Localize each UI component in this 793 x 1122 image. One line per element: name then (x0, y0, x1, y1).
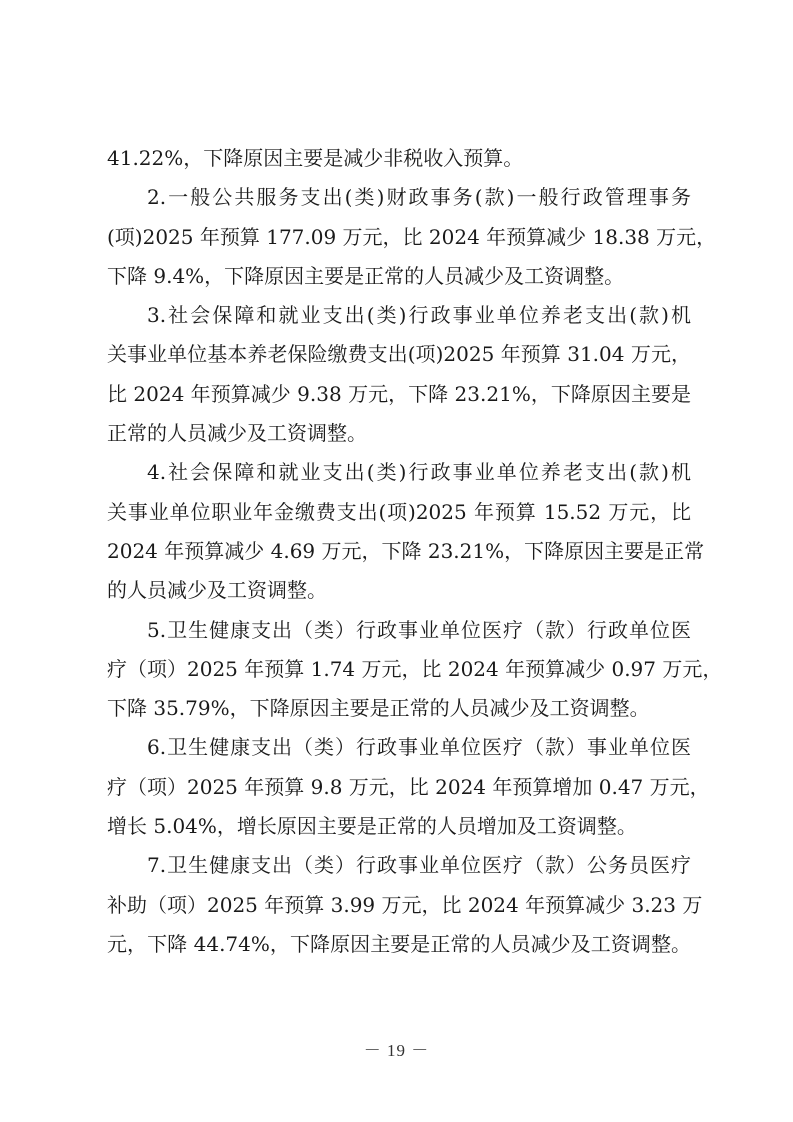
text-line: 疗（项）2025 年预算 1.74 万元，比 2024 年预算减少 0.97 万… (107, 654, 691, 693)
text-line: 5.卫生健康支出（类）行政事业单位医疗（款）行政单位医 (107, 615, 691, 654)
text-line: 的人员减少及工资调整。 (107, 575, 691, 614)
text-line: 6.卫生健康支出（类）行政事业单位医疗（款）事业单位医 (107, 732, 691, 771)
paragraph-item-5: 5.卫生健康支出（类）行政事业单位医疗（款）行政单位医 疗（项）2025 年预算… (107, 615, 691, 733)
text-line: 41.22%，下降原因主要是减少非税收入预算。 (107, 143, 691, 182)
text-line: 2024 年预算减少 4.69 万元，下降 23.21%，下降原因主要是正常 (107, 536, 691, 575)
paragraph-continuation: 41.22%，下降原因主要是减少非税收入预算。 (107, 143, 691, 182)
text-line: 元，下降 44.74%，下降原因主要是正常的人员减少及工资调整。 (107, 929, 691, 968)
text-line: 关事业单位职业年金缴费支出(项)2025 年预算 15.52 万元，比 (107, 497, 691, 536)
paragraph-item-6: 6.卫生健康支出（类）行政事业单位医疗（款）事业单位医 疗（项）2025 年预算… (107, 732, 691, 850)
text-line: 关事业单位基本养老保险缴费支出(项)2025 年预算 31.04 万元， (107, 339, 691, 378)
text-line: 补助（项）2025 年预算 3.99 万元，比 2024 年预算减少 3.23 … (107, 890, 691, 929)
text-line: 正常的人员减少及工资调整。 (107, 418, 691, 457)
text-line: 2.一般公共服务支出(类)财政事务(款)一般行政管理事务 (107, 182, 691, 221)
text-line: 4.社会保障和就业支出(类)行政事业单位养老支出(款)机 (107, 457, 691, 496)
text-line: 增长 5.04%，增长原因主要是正常的人员增加及工资调整。 (107, 811, 691, 850)
text-line: 下降 9.4%，下降原因主要是正常的人员减少及工资调整。 (107, 261, 691, 300)
paragraph-item-7: 7.卫生健康支出（类）行政事业单位医疗（款）公务员医疗 补助（项）2025 年预… (107, 850, 691, 968)
page-number: － 19 － (0, 1036, 793, 1061)
paragraph-item-3: 3.社会保障和就业支出(类)行政事业单位养老支出(款)机 关事业单位基本养老保险… (107, 300, 691, 457)
text-line: 3.社会保障和就业支出(类)行政事业单位养老支出(款)机 (107, 300, 691, 339)
text-line: 疗（项）2025 年预算 9.8 万元，比 2024 年预算增加 0.47 万元… (107, 772, 691, 811)
text-line: (项)2025 年预算 177.09 万元，比 2024 年预算减少 18.38… (107, 222, 691, 261)
text-line: 下降 35.79%，下降原因主要是正常的人员减少及工资调整。 (107, 693, 691, 732)
document-body: 41.22%，下降原因主要是减少非税收入预算。 2.一般公共服务支出(类)财政事… (107, 143, 691, 968)
paragraph-item-2: 2.一般公共服务支出(类)财政事务(款)一般行政管理事务 (项)2025 年预算… (107, 182, 691, 300)
text-line: 7.卫生健康支出（类）行政事业单位医疗（款）公务员医疗 (107, 850, 691, 889)
text-line: 比 2024 年预算减少 9.38 万元，下降 23.21%，下降原因主要是 (107, 379, 691, 418)
paragraph-item-4: 4.社会保障和就业支出(类)行政事业单位养老支出(款)机 关事业单位职业年金缴费… (107, 457, 691, 614)
